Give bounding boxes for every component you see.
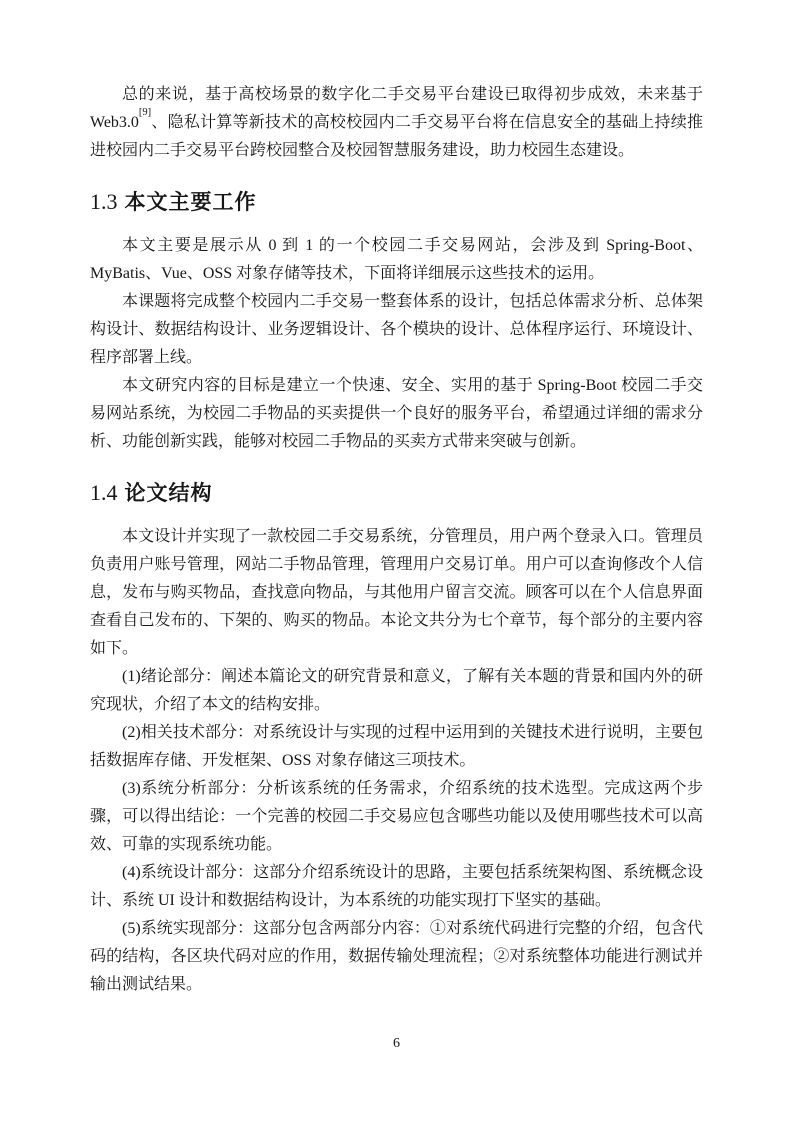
section-1-4: 1.4论文结构 本文设计并实现了一款校园二手交易系统，分管理员，用户两个登录入口… [90,478,703,999]
page-footer: 6 [0,1034,793,1052]
body-paragraph: 本课题将完成整个校园内二手交易一整套体系的设计，包括总体需求分析、总体架构设计、… [90,288,703,372]
heading-number: 1.3 [90,189,118,214]
body-paragraph: (3)系统分析部分：分析该系统的任务需求，介绍系统的技术选型。完成这两个步骤，可… [90,775,703,859]
document-page: 总的来说，基于高校场景的数字化二手交易平台建设已取得初步成效，未来基于Web3.… [0,0,793,1121]
body-paragraph: (4)系统设计部分：这部分介绍系统设计的思路，主要包括系统架构图、系统概念设计、… [90,859,703,915]
intro-paragraph: 总的来说，基于高校场景的数字化二手交易平台建设已取得初步成效，未来基于Web3.… [90,81,703,165]
section-1-3: 1.3本文主要工作 本文主要是展示从 0 到 1 的一个校园二手交易网站，会涉及… [90,187,703,456]
intro-text-after-citation: 、隐私计算等新技术的高校校园内二手交易平台将在信息安全的基础上持续推进校园内二手… [90,114,703,159]
heading-title: 论文结构 [125,482,213,505]
body-paragraph: (1)绪论部分：阐述本篇论文的研究背景和意义，了解有关本题的背景和国内外的研究现… [90,663,703,719]
heading-title: 本文主要工作 [125,191,257,214]
page-number: 6 [393,1036,400,1051]
heading-number: 1.4 [90,480,118,505]
citation-marker: [9] [139,107,151,118]
body-paragraph: 本文设计并实现了一款校园二手交易系统，分管理员，用户两个登录入口。管理员负责用户… [90,523,703,663]
body-paragraph: 本文研究内容的目标是建立一个快速、安全、实用的基于 Spring-Boot 校园… [90,372,703,456]
body-paragraph: (5)系统实现部分：这部分包含两部分内容：①对系统代码进行完整的介绍，包含代码的… [90,915,703,999]
section-1-4-heading: 1.4论文结构 [90,478,703,509]
section-1-3-heading: 1.3本文主要工作 [90,187,703,218]
body-paragraph: 本文主要是展示从 0 到 1 的一个校园二手交易网站，会涉及到 Spring-B… [90,232,703,288]
page-content: 总的来说，基于高校场景的数字化二手交易平台建设已取得初步成效，未来基于Web3.… [90,0,703,999]
body-paragraph: (2)相关技术部分：对系统设计与实现的过程中运用到的关键技术进行说明，主要包括数… [90,719,703,775]
